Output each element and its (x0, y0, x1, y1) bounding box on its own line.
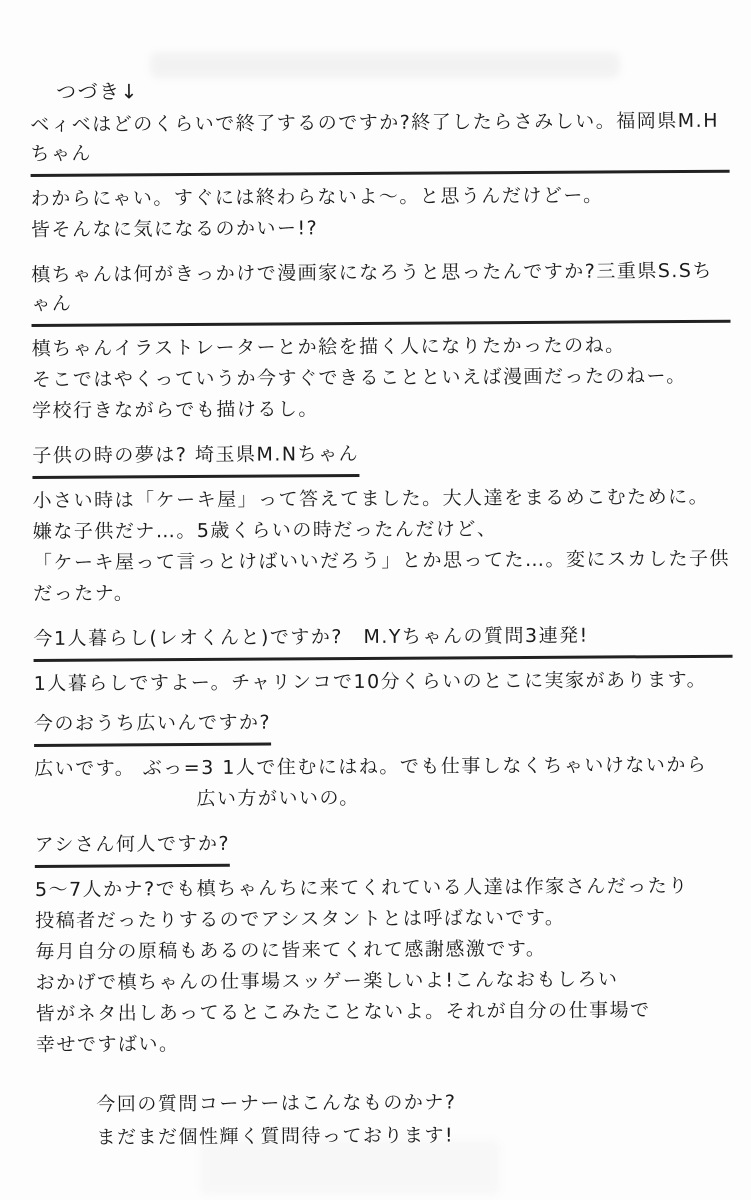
answer-3-line-3: 「ケーキ屋って言っとけばいいだろう」とか思ってた…。変にスカした子供だったナ。 (33, 544, 732, 610)
qa-block-5: 今のおうち広いんですか? 広いです。 ぶっ=3 1人で住むにはね。でも仕事しなく… (34, 706, 734, 816)
answer-5: 広いです。 ぶっ=3 1人で住むにはね。でも仕事しなくちゃいけないから 広い方が… (34, 743, 733, 816)
question-2: 槙ちゃんは何がきっかけで漫画家になろうと思ったんですか?三重県S.Sちゃん (31, 257, 730, 327)
question-5: 今のおうち広いんですか? (34, 709, 271, 747)
answer-2-line-2: そこではやくっていうか今すぐできることといえば漫画だったのねー。 (32, 361, 731, 396)
answer-1-line-2: 皆そんなに気になるのかいー!? (31, 211, 730, 246)
question-4: 今1人暮らし(レオくんと)ですか? M.Yちゃんの質問3連発! (33, 621, 732, 662)
question-3: 子供の時の夢は? 埼玉県M.Nちゃん (32, 440, 359, 479)
question-6: アシさん何人ですか? (35, 830, 231, 868)
answer-2-line-3: 学校行きながらでも描けるし。 (32, 392, 731, 427)
answer-4: 1人暮らしですよー。チャリンコで10分くらいのとこに実家があります。 (34, 658, 733, 700)
qa-block-4: 今1人暮らし(レオくんと)ですか? M.Yちゃんの質問3連発! 1人暮らしですよ… (33, 621, 733, 816)
closing-line-2: まだまだ個性輝く質問待っております! (96, 1118, 735, 1155)
answer-6: 5〜7人かナ?でも槙ちゃんちに来てくれている人達は作家さんだったり 投稿者だった… (35, 864, 735, 1061)
scanned-handwritten-page: つづき↓ ベィベはどのくらいで終了するのですか?終了したらさみしい。福岡県M.H… (0, 0, 751, 1200)
answer-2-line-1: 槙ちゃんイラストレーターとか絵を描く人になりたかったのね。 (32, 330, 731, 365)
answer-6-line-6: 幸せですばい。 (36, 1026, 735, 1061)
page-content: つづき↓ ベィベはどのくらいで終了するのですか?終了したらさみしい。福岡県M.H… (30, 72, 736, 1155)
closing-line-1: 今回の質問コーナーはこんなものかナ? (96, 1085, 735, 1122)
answer-1-line-1: わからにゃい。すぐには終わらないよ〜。と思うんだけどー。 (31, 180, 730, 215)
qa-block-6: アシさん何人ですか? 5〜7人かナ?でも槙ちゃんちに来てくれている人達は作家さん… (35, 827, 735, 1061)
closing-note: 今回の質問コーナーはこんなものかナ? まだまだ個性輝く質問待っております! (96, 1085, 735, 1155)
answer-3-line-1: 小さい時は「ケーキ屋」って答えてました。大人達をまるめこむために。 (33, 482, 732, 517)
answer-6-line-1: 5〜7人かナ?でも槙ちゃんちに来てくれている人達は作家さんだったり (35, 871, 734, 906)
question-1: ベィベはどのくらいで終了するのですか?終了したらさみしい。福岡県M.Hちゃん (30, 107, 729, 177)
answer-6-line-3: 毎月自分の原稿もあるのに皆来てくれて感謝感激です。 (35, 933, 734, 968)
continued-label: つづき↓ (56, 72, 729, 105)
answer-5-line-2: 広い方がいいの。 (196, 781, 733, 815)
answer-2: 槙ちゃんイラストレーターとか絵を描く人になりたかったのね。 そこではやくっていう… (32, 323, 732, 427)
qa-block-2: 槙ちゃんは何がきっかけで漫画家になろうと思ったんですか?三重県S.Sちゃん 槙ち… (31, 257, 731, 427)
qa-block-1: ベィベはどのくらいで終了するのですか?終了したらさみしい。福岡県M.Hちゃん わ… (30, 107, 730, 246)
answer-5-line-1: 広いです。 ぶっ=3 1人で住むにはね。でも仕事しなくちゃいけないから (34, 750, 733, 785)
answer-6-line-2: 投稿者だったりするのでアシスタントとは呼ばないです。 (35, 902, 734, 937)
answer-6-line-4: おかげで槙ちゃんの仕事場スッゲー楽しいよ!こんなおもしろい (35, 964, 734, 999)
answer-3: 小さい時は「ケーキ屋」って答えてました。大人達をまるめこむために。 嫌な子供だナ… (32, 475, 732, 610)
answer-3-line-2: 嫌な子供だナ…。5歳くらいの時だったんだけど、 (33, 513, 732, 548)
answer-6-line-5: 皆がネタ出しあってるとこみたことないよ。それが自分の仕事場で (36, 995, 735, 1030)
answer-4-line-1: 1人暮らしですよー。チャリンコで10分くらいのとこに実家があります。 (34, 665, 733, 700)
qa-block-3: 子供の時の夢は? 埼玉県M.Nちゃん 小さい時は「ケーキ屋」って答えてました。大… (32, 438, 732, 610)
answer-1: わからにゃい。すぐには終わらないよ〜。と思うんだけどー。 皆そんなに気になるのか… (31, 173, 730, 246)
